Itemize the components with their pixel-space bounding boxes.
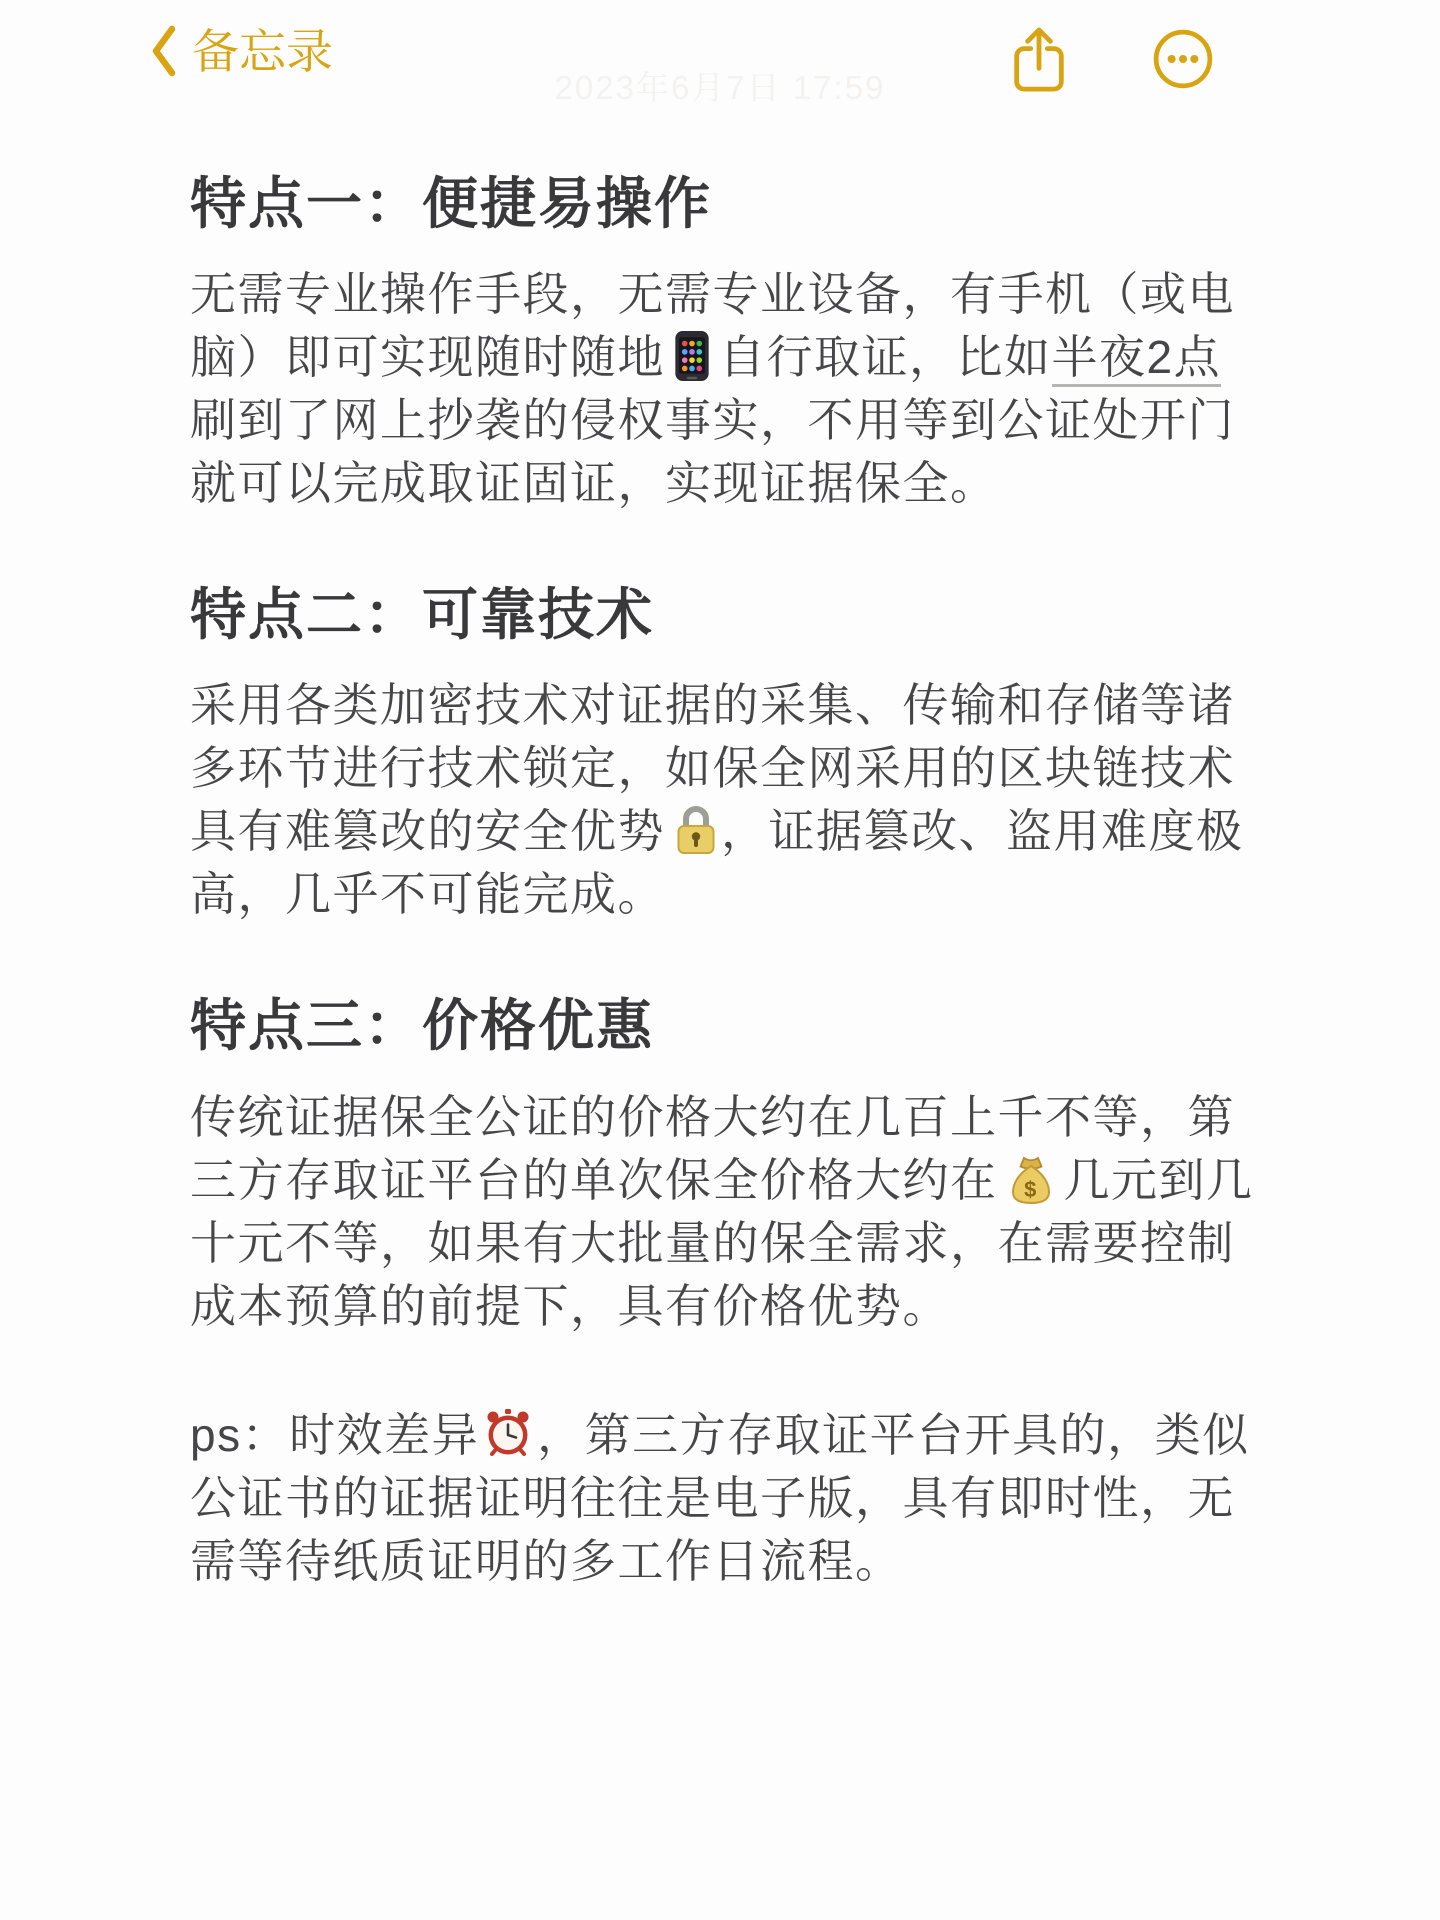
section-1-paragraph: 无需专业操作手段，无需专业设备，有手机（或电脑）即可实现随时随地 自行取证，比如… [190,263,1262,515]
nav-bar: 备忘录 [0,0,1440,94]
share-button[interactable] [1012,24,1066,94]
section-1-heading: 特点一：便捷易操作 [190,170,1262,237]
nav-actions [1012,24,1214,94]
notes-app-screen: 备忘录 [0,0,1440,1593]
more-ellipsis-icon [1152,77,1214,94]
mobile-phone-emoji-icon [674,330,710,382]
section-3-paragraph: 传统证据保全公证的价格大约在几百上千不等，第三方存取证平台的单次保全价格大约在 … [190,1086,1262,1338]
back-button[interactable]: 备忘录 [148,24,333,78]
section-3-heading: 特点三：价格优惠 [190,992,1262,1059]
text-segment: 自行取证，比如 [719,331,1052,383]
alarm-clock-emoji-icon [482,1408,534,1460]
note-editor[interactable]: 特点一：便捷易操作 无需专业操作手段，无需专业设备，有手机（或电脑）即可实现随时… [0,94,1440,1593]
back-chevron-icon [148,24,178,78]
back-label: 备忘录 [192,28,333,75]
money-bag-emoji-icon: $ [1007,1151,1055,1205]
section-2-heading: 特点二：可靠技术 [190,581,1262,648]
svg-text:$: $ [1024,1177,1038,1202]
underlined-text: 半夜2点 [1052,331,1222,387]
text-segment: ps：时效差异 [190,1409,479,1461]
lock-emoji-icon [674,802,718,856]
more-button[interactable] [1152,28,1214,90]
ps-paragraph: ps：时效差异 ，第三方存取证平台开具的，类似公证书的证据证明往往是电子版，具有… [190,1404,1262,1593]
section-2-paragraph: 采用各类加密技术对证据的采集、传输和存储等诸多环节进行技术锁定，如保全网采用的区… [190,674,1262,926]
text-segment: 刷到了网上抄袭的侵权事实，不用等到公证处开门就可以完成取证固证，实现证据保全。 [190,394,1235,509]
